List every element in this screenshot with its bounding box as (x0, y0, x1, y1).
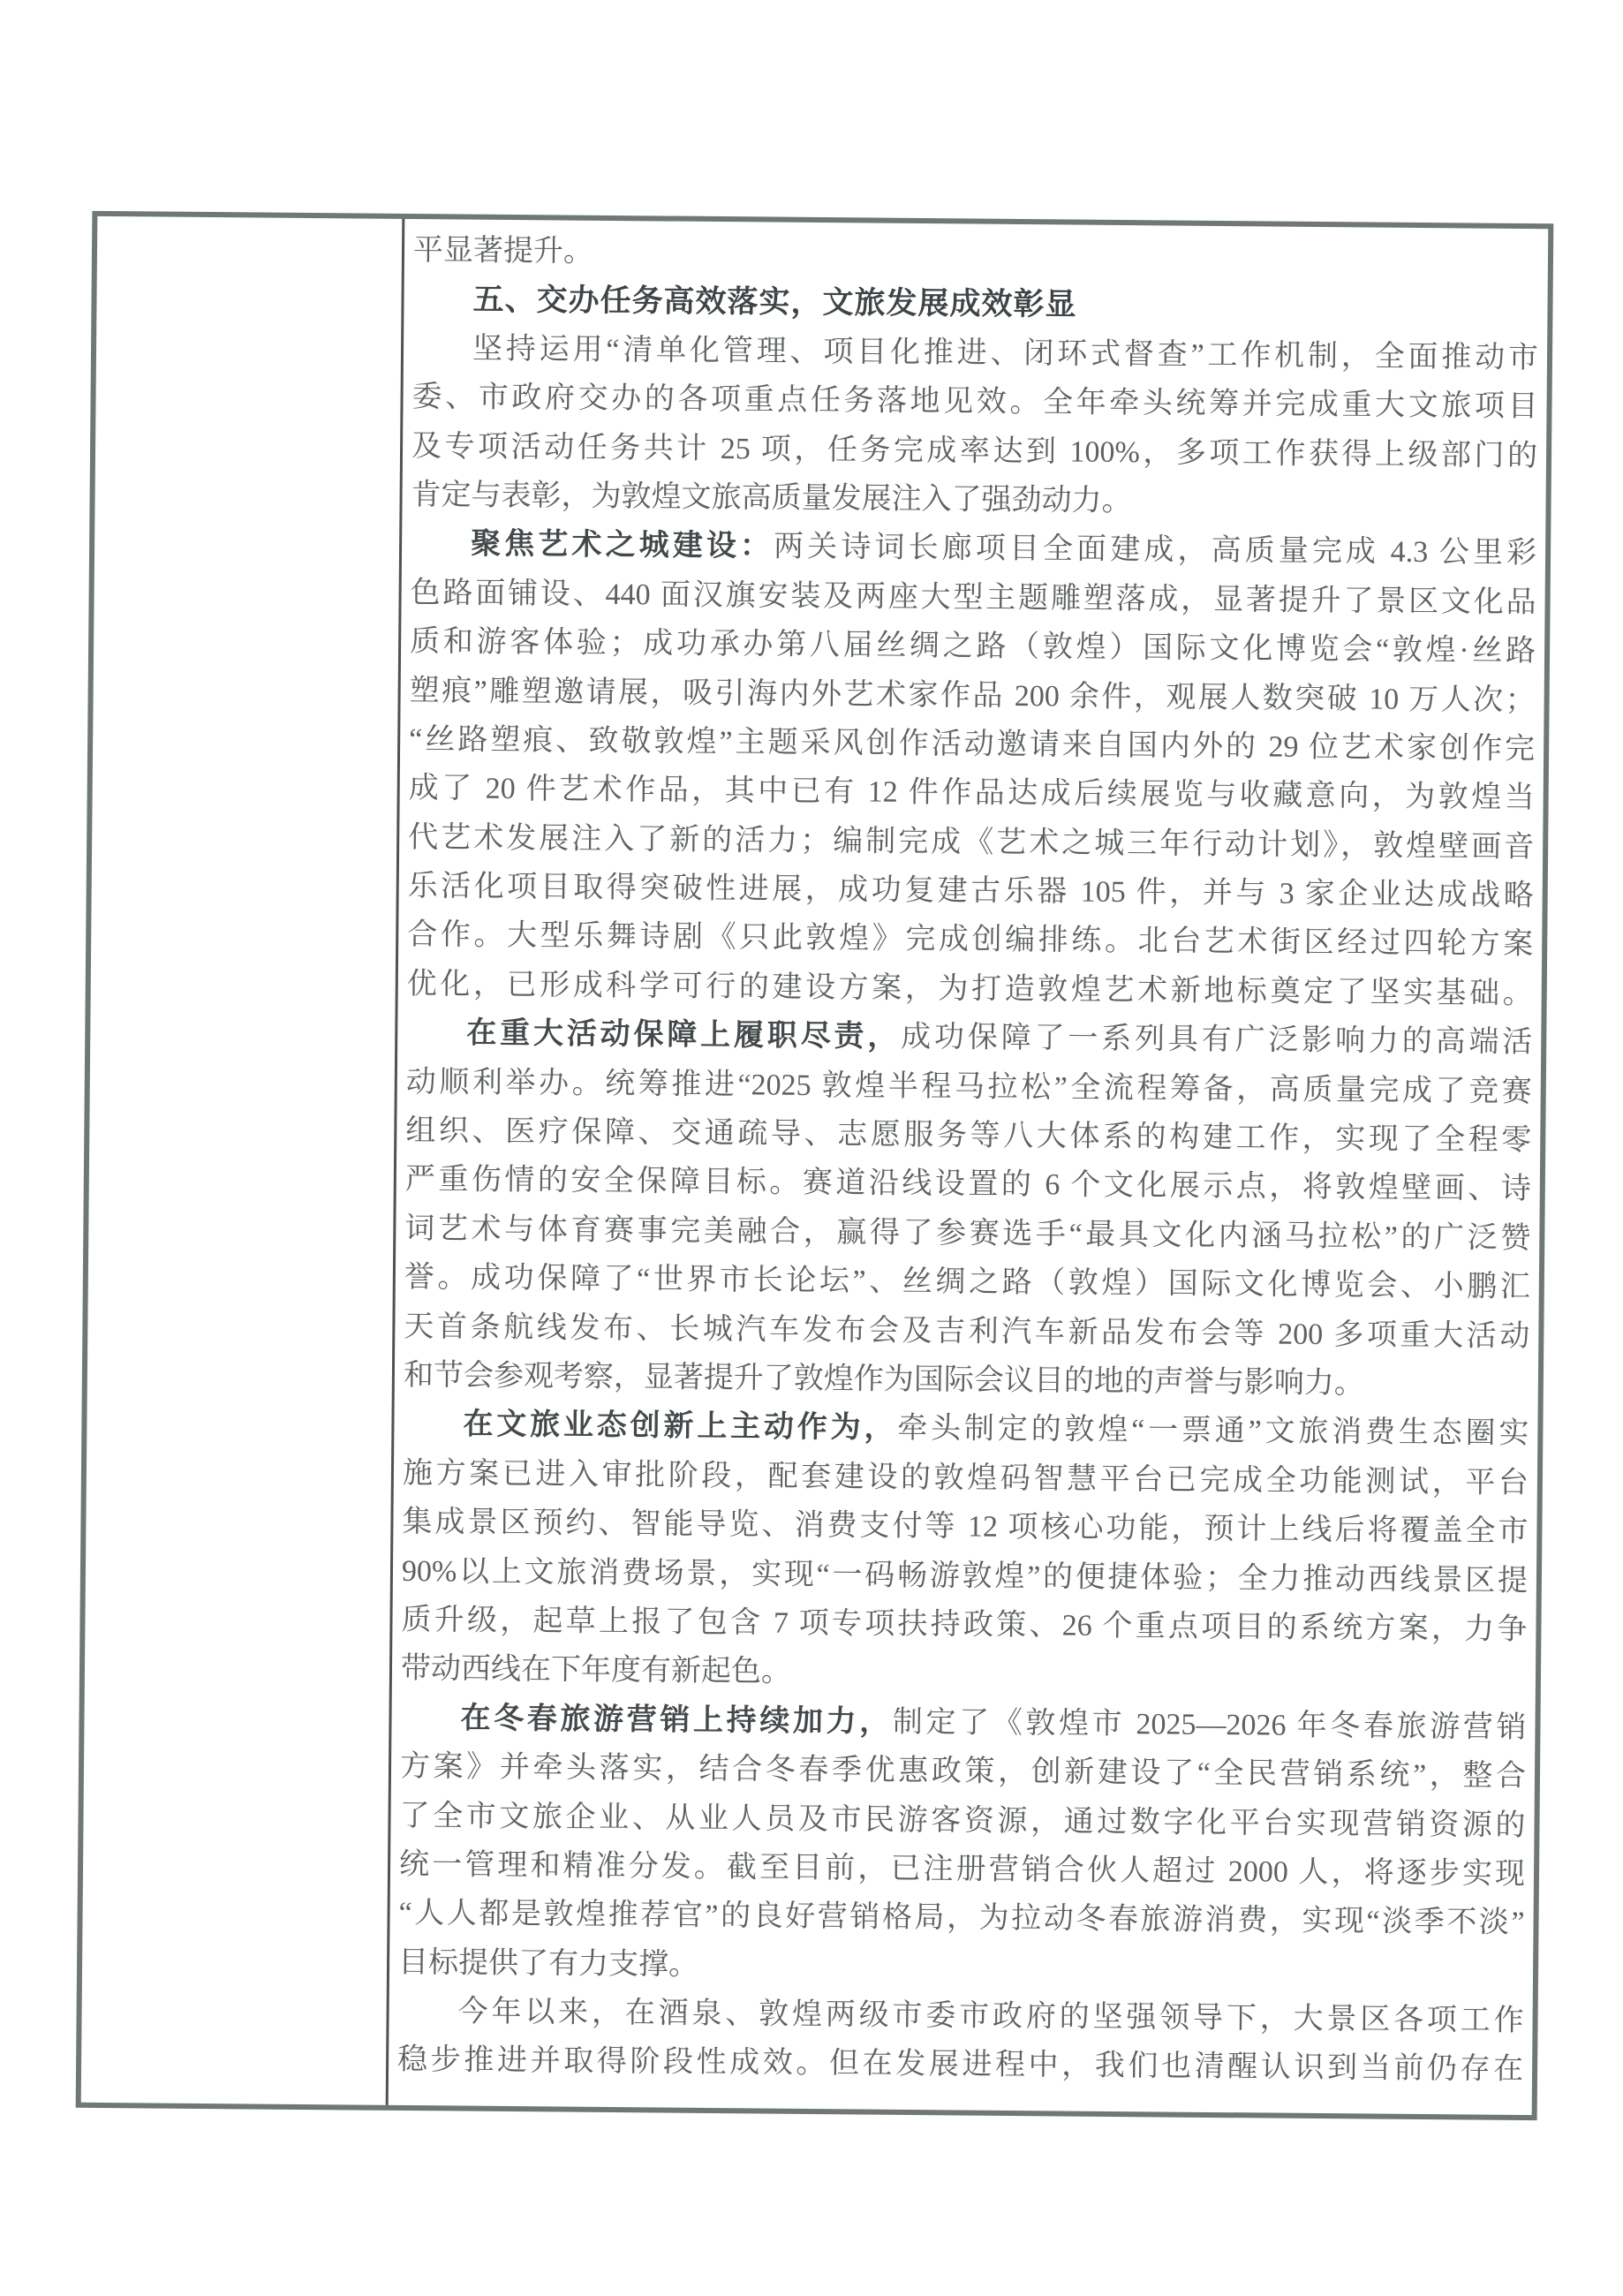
text-line: 方案》并牵头落实，结合冬春季优惠政策，创新建设了“全民营销系统”，整合 (400, 1742, 1526, 1801)
table-empty-left-cell (81, 216, 405, 2105)
line-text: 成了 20 件艺术作品，其中已有 12 件作品达成后续展览与收藏意向，为敦煌当 (409, 772, 1535, 814)
line-text: 动顺利举办。统筹推进“2025 敦煌半程马拉松”全流程筹备，高质量完成了竞赛 (406, 1066, 1532, 1108)
line-text: 代艺术发展注入了新的活力；编制完成《艺术之城三年行动计划》，敦煌壁画音 (408, 821, 1534, 864)
scanned-document-page: 平显著提升。五、交办任务高效落实，文旅发展成效彰显坚持运用“清单化管理、项目化推… (0, 0, 1623, 2296)
line-text: “丝路塑痕、致敬敦煌”主题采风创作活动邀请来自国内外的 29 位艺术家创作完 (409, 723, 1535, 766)
line-text: 质和游客体验；成功承办第八届丝绸之路（敦煌）国际文化博览会“敦煌·丝路 (410, 625, 1536, 668)
line-text: 了全市文旅企业、从业人员及市民游客资源，通过数字化平台实现营销资源的 (399, 1799, 1525, 1841)
line-text: 五、交办任务高效落实，文旅发展成效彰显 (472, 283, 1076, 322)
line-text: 带动西线在下年度有新起色。 (401, 1652, 791, 1688)
line-text: 和节会参观考察，显著提升了敦煌作为国际会议目的地的声誉与影响力。 (404, 1359, 1364, 1400)
line-text: 誉。成功保障了“世界市长论坛”、丝绸之路（敦煌）国际文化博览会、小鹏汇 (404, 1261, 1530, 1303)
line-text: 集成景区预约、智能导览、消费支付等 12 项核心功能，预计上线后将覆盖全市 (402, 1506, 1528, 1548)
text-line: 稳步推进并取得阶段性成效。但在发展进程中，我们也清醒认识到当前仍存在 (397, 2035, 1523, 2095)
line-text: 肯定与表彰，为敦煌文旅高质量发展注入了强劲动力。 (411, 479, 1131, 517)
line-text: 稳步推进并取得阶段性成效。但在发展进程中，我们也清醒认识到当前仍存在 (397, 2043, 1523, 2086)
line-text: 委、市政府交办的各项重点任务落地见效。全年牵头统筹并完成重大文旅项目 (411, 381, 1537, 423)
document-table-border: 平显著提升。五、交办任务高效落实，文旅发展成效彰显坚持运用“清单化管理、项目化推… (76, 211, 1554, 2120)
line-text: 90%以上文旅消费场景，实现“一码畅游敦煌”的便捷体验；全力推动西线景区提 (402, 1554, 1528, 1597)
line-text: 严重伤情的安全保障目标。赛道沿线设置的 6 个文化展示点，将敦煌壁画、诗 (405, 1163, 1531, 1205)
bold-lead-text: 在文旅业态创新上主动作为， (463, 1409, 897, 1445)
line-text: “人人都是敦煌推荐官”的良好营销格局，为拉动冬春旅游消费，实现“淡季不淡” (398, 1897, 1524, 1939)
line-text: 目标提供了有力支撑。 (398, 1946, 698, 1982)
line-text: 坚持运用“清单化管理、项目化推进、闭环式督查”工作机制，全面推动市 (472, 332, 1538, 374)
line-text: 成功保障了一系列具有广泛影响力的高端活 (901, 1021, 1532, 1059)
line-text: 组织、医疗保障、交通疏导、志愿服务等八大体系的构建工作，实现了全程零 (405, 1114, 1531, 1157)
bold-lead-text: 在冬春旅游营销上持续加力， (460, 1702, 893, 1738)
bold-lead-text: 聚焦艺术之城建设： (471, 528, 774, 563)
bold-lead-text: 在重大活动保障上履职尽责， (466, 1017, 901, 1054)
line-text: 优化，已形成科学可行的建设方案，为打造敦煌艺术新地标奠定了坚实基础。 (407, 968, 1533, 1010)
line-text: 色路面铺设、440 面汉旗安装及两座大型主题雕塑落成，显著提升了景区文化品 (410, 577, 1536, 619)
line-text: 质升级，起草上报了包含 7 项专项扶持政策、26 个重点项目的系统方案，力争 (401, 1604, 1527, 1646)
line-text: 牵头制定的敦煌“一票通”文旅消费生态圈实 (897, 1412, 1529, 1450)
line-text: 统一管理和精准分发。截至目前，已注册营销合伙人超过 2000 人，将逐步实现 (399, 1848, 1525, 1891)
line-text: 今年以来，在酒泉、敦煌两级市委市政府的坚强领导下，大景区各项工作 (457, 1996, 1523, 2038)
line-text: 天首条航线发布、长城汽车发布会及吉利汽车新品发布会等 200 多项重大活动 (404, 1310, 1529, 1353)
line-text: 两关诗词长廊项目全面建成，高质量完成 4.3 公里彩 (774, 531, 1536, 570)
document-text: 平显著提升。五、交办任务高效落实，文旅发展成效彰显坚持运用“清单化管理、项目化推… (397, 226, 1539, 2095)
line-text: 平显著提升。 (413, 234, 593, 268)
line-text: 方案》并牵头落实，结合冬春季优惠政策，创新建设了“全民营销系统”，整合 (400, 1750, 1526, 1793)
line-text: 合作。大型乐舞诗剧《只此敦煌》完成创编排练。北台艺术街区经过四轮方案 (407, 918, 1533, 961)
line-text: 乐活化项目取得突破性进展，成功复建古乐器 105 件，并与 3 家企业达成战略 (408, 870, 1534, 912)
table-content-cell: 平显著提升。五、交办任务高效落实，文旅发展成效彰显坚持运用“清单化管理、项目化推… (389, 219, 1549, 2115)
line-text: 制定了《敦煌市 2025—2026 年冬春旅游营销 (893, 1706, 1527, 1744)
line-text: 施方案已进入审批阶段，配套建设的敦煌码智慧平台已完成全功能测试，平台 (403, 1457, 1529, 1499)
line-text: 及专项活动任务共计 25 项，任务完成率达到 100%，多项工作获得上级部门的 (411, 430, 1537, 472)
line-text: 塑痕”雕塑邀请展，吸引海内外艺术家作品 200 余件，观展人数突破 10 万人次… (410, 674, 1536, 716)
line-text: 词艺术与体育赛事完美融合，赢得了参赛选手“最具文化内涵马拉松”的广泛赞 (404, 1212, 1530, 1255)
